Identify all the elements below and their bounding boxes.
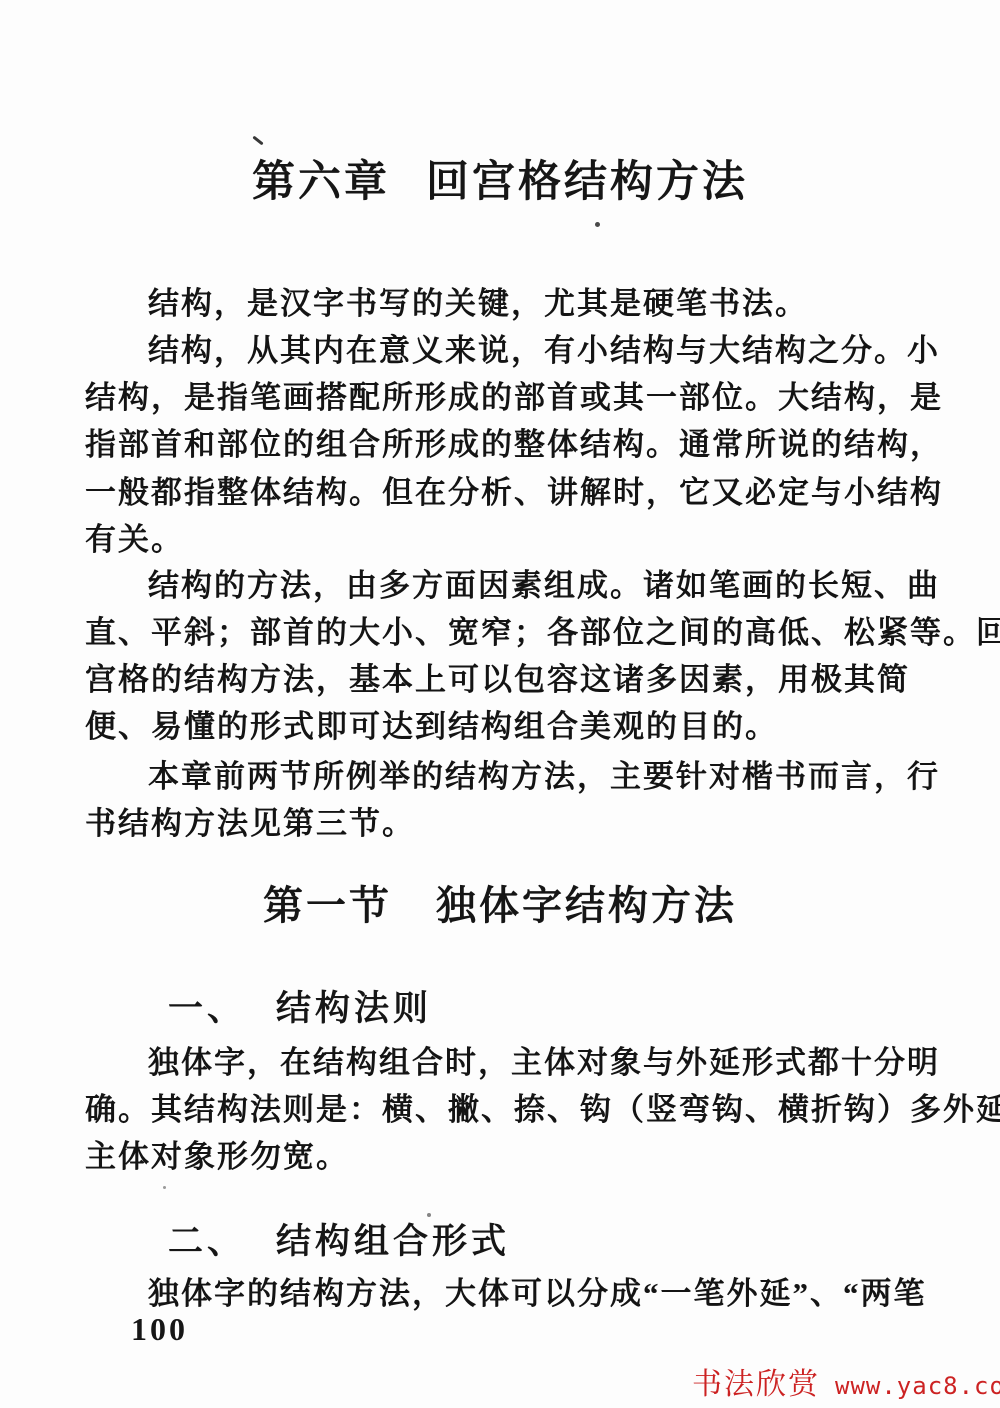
watermark-site-name: 书法欣赏 (692, 1359, 820, 1403)
body-text-line: 结构，是汉字书写的关键，尤其是硬笔书法。 (148, 278, 808, 323)
body-text-line: 独体字，在结构组合时，主体对象与外延形式都十分明 (148, 1037, 940, 1082)
body-text-line: 结构，从其内在意义来说，有小结构与大结构之分。小 (148, 325, 940, 370)
scanned-book-page: 第六章回宫格结构方法 结构，是汉字书写的关键，尤其是硬笔书法。 结构，从其内在意… (0, 0, 1000, 1408)
scan-speck (252, 136, 263, 146)
watermark: 书法欣赏www.yac8.com (692, 1359, 1000, 1403)
subsection-title: 结构组合形式 (276, 1222, 510, 1261)
body-text-line: 结构的方法，由多方面因素组成。诸如笔画的长短、曲 (148, 560, 940, 605)
body-text-line: 有关。 (85, 514, 184, 559)
chapter-title: 回宫格结构方法 (426, 159, 748, 206)
body-text-line: 便、易懂的形式即可达到结构组合美观的目的。 (85, 701, 778, 746)
section-heading: 第一节独体字结构方法 (0, 874, 1000, 931)
body-text-line: 本章前两节所例举的结构方法，主要针对楷书而言，行 (148, 751, 940, 796)
body-text-line: 结构，是指笔画搭配所形成的部首或其一部位。大结构，是 (85, 372, 943, 417)
page-number: 100 (131, 1311, 188, 1348)
subsection-heading-1: 一、结构法则 (168, 981, 432, 1031)
scan-speck (163, 1186, 166, 1189)
subsection-heading-2: 二、结构组合形式 (168, 1214, 510, 1264)
body-text-line: 一般都指整体结构。但在分析、讲解时，它又必定与小结构 (85, 467, 943, 512)
body-text-line: 直、平斜；部首的大小、宽窄；各部位之间的高低、松紧等。回 (85, 607, 1000, 652)
chapter-number: 第六章 (252, 159, 390, 206)
body-text-line: 书结构方法见第三节。 (85, 798, 415, 843)
subsection-number: 二、 (168, 1222, 246, 1261)
body-text-line: 确。其结构法则是：横、撇、捺、钩（竖弯钩、横折钩）多外延， (85, 1084, 1000, 1129)
body-text-line: 宫格的结构方法，基本上可以包容这诸多因素，用极其简 (85, 654, 910, 699)
subsection-number: 一、 (168, 989, 246, 1028)
watermark-site-url: www.yac8.com (835, 1372, 1000, 1400)
chapter-heading: 第六章回宫格结构方法 (0, 148, 1000, 209)
body-text-line: 主体对象形勿宽。 (85, 1131, 349, 1176)
scan-speck (595, 222, 600, 227)
section-number: 第一节 (263, 883, 392, 928)
section-title: 独体字结构方法 (436, 883, 737, 928)
subsection-title: 结构法则 (276, 989, 432, 1028)
body-text-line: 独体字的结构方法，大体可以分成“一笔外延”、“两笔 (148, 1268, 927, 1313)
body-text-line: 指部首和部位的组合所形成的整体结构。通常所说的结构， (85, 419, 943, 464)
